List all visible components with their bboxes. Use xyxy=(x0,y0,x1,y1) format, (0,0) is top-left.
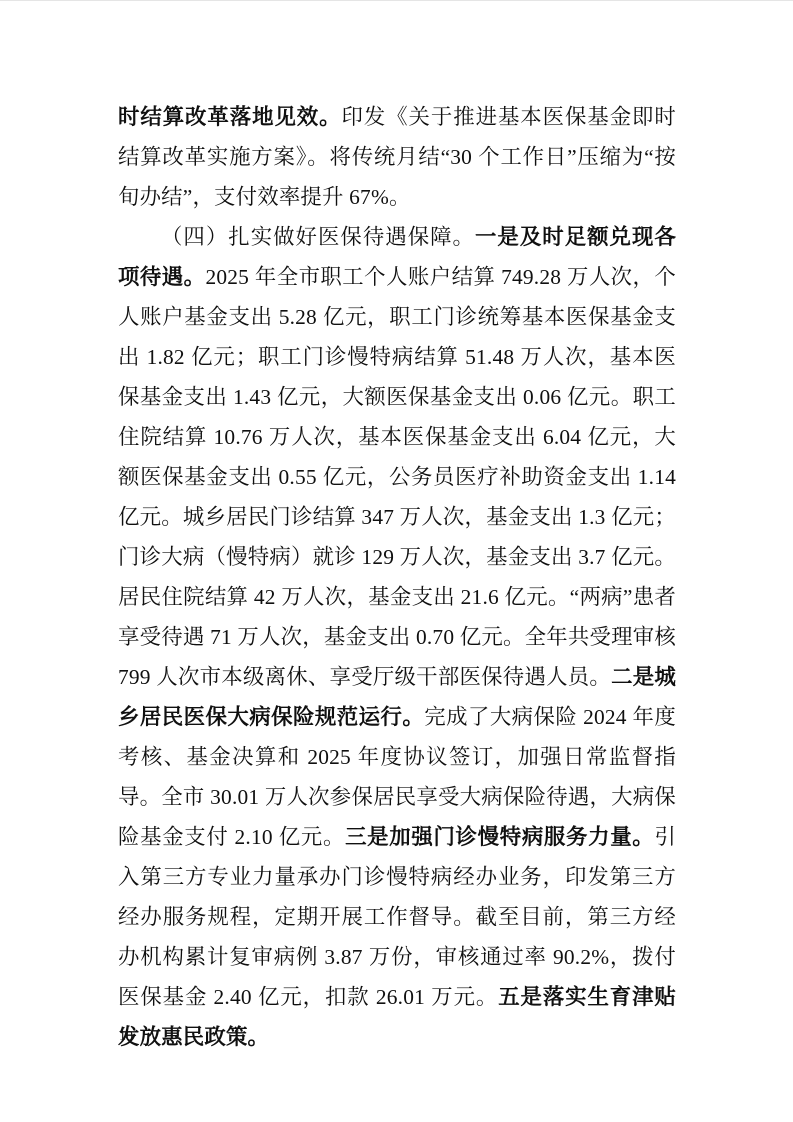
page-number: 10 xyxy=(119,1028,133,1046)
text-run-regular: 引入第三方专业力量承办门诊慢特病经办业务，印发第三方经办服务规程，定期开展工作督… xyxy=(118,825,676,1009)
document-page: 时结算改革落地见效。印发《关于推进基本医保基金即时结算改革实施方案》。将传统月结… xyxy=(0,0,793,1122)
document-body: 时结算改革落地见效。印发《关于推进基本医保基金即时结算改革实施方案》。将传统月结… xyxy=(118,97,676,1057)
paragraph: （四）扎实做好医保待遇保障。一是及时足额兑现各项待遇。2025 年全市职工个人账… xyxy=(118,217,676,1057)
text-run-regular: 2025 年全市职工个人账户结算 749.28 万人次，个人账户基金支出 5.2… xyxy=(118,265,676,689)
text-run-bold: 时结算改革落地见效。 xyxy=(118,105,342,129)
text-run-bold: 三是加强门诊慢特病服务力量。 xyxy=(345,825,654,849)
paragraph: 时结算改革落地见效。印发《关于推进基本医保基金即时结算改革实施方案》。将传统月结… xyxy=(118,97,676,217)
text-run-section-heading: （四）扎实做好医保待遇保障。 xyxy=(161,225,475,249)
